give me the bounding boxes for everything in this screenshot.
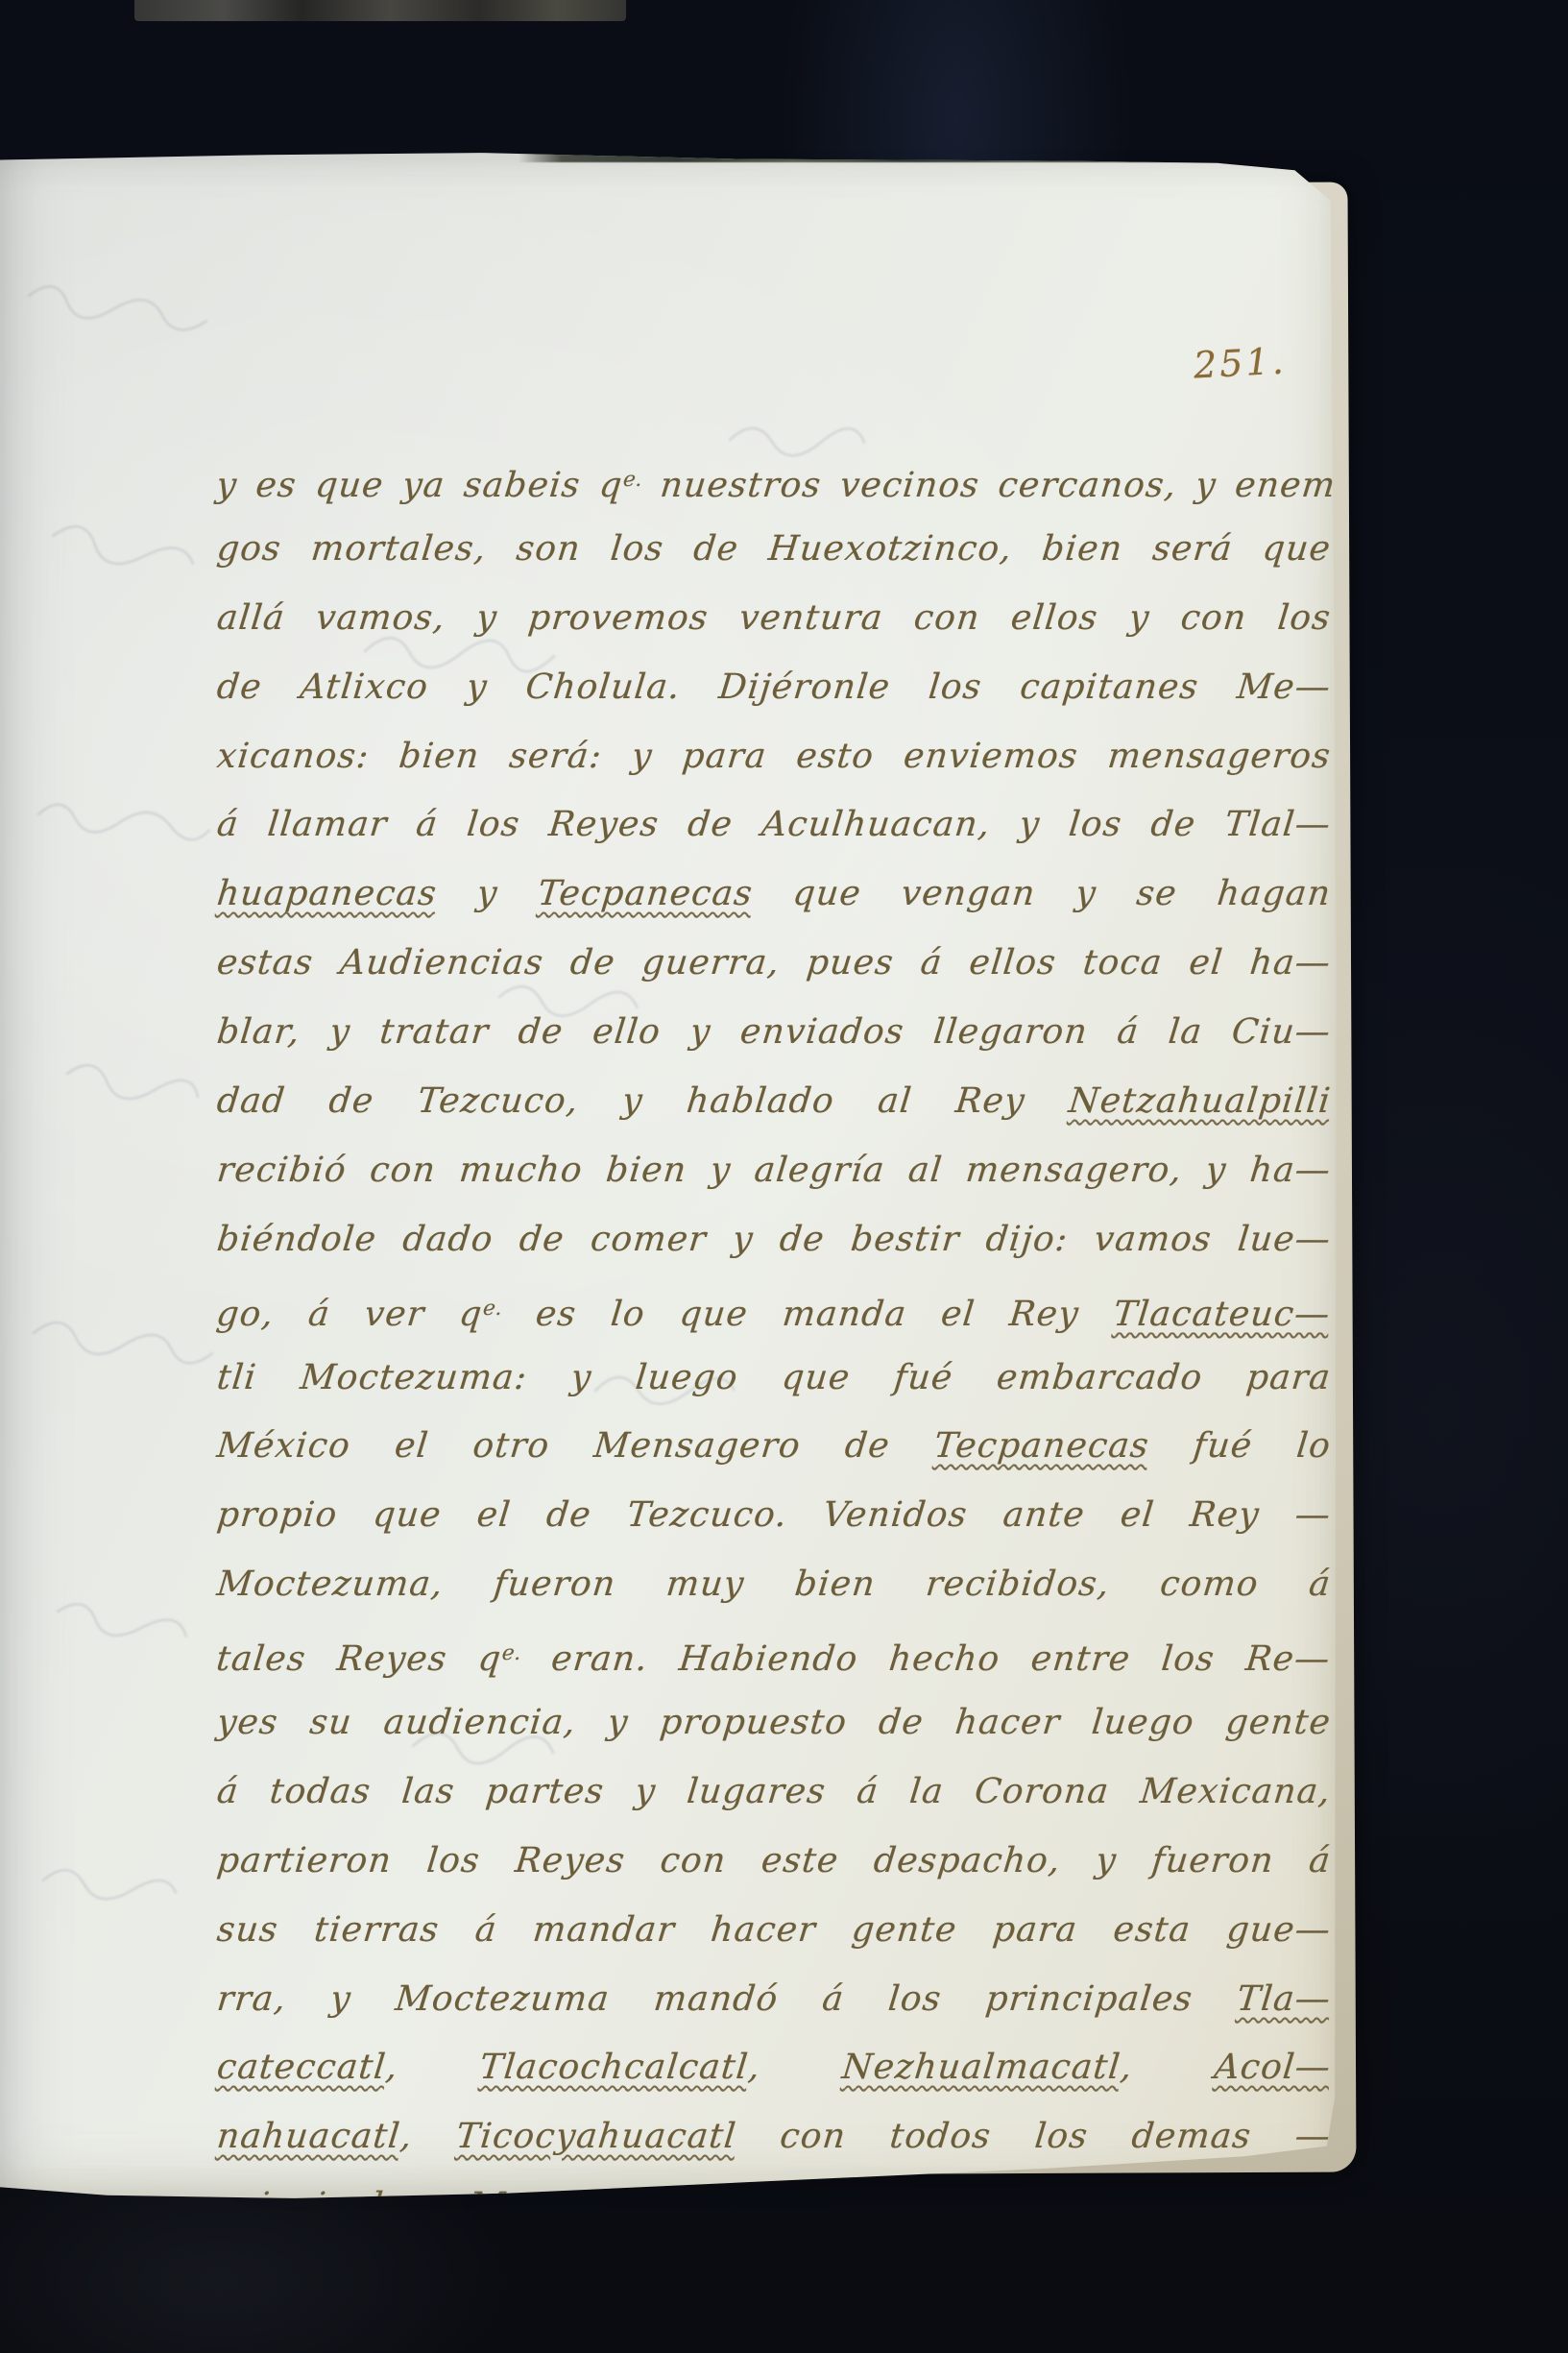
underlined-word: Tlacateuc— xyxy=(1112,1294,1333,1333)
underlined-word: nahuacatl xyxy=(215,2117,402,2156)
text-segment: gos mortales, son los de Huexotzinco, bi… xyxy=(215,529,1333,569)
manuscript-page: 251. y es que ya sabeis qe. nuestros vec… xyxy=(0,152,1338,2199)
underlined-word: Netzahualpilli xyxy=(1067,1081,1333,1121)
text-segment: estas Audiencias de guerra, pues á ellos… xyxy=(215,943,1333,982)
text-segment: México el otro Mensagero de xyxy=(215,1426,936,1466)
manuscript-line: biéndole dado de comer y de bestir dijo:… xyxy=(213,1205,1335,1274)
manuscript-line: principales Mexicanos Capitanes diesen l… xyxy=(213,2171,1335,2241)
manuscript-line: y es que ya sabeis qe. nuestros vecinos … xyxy=(213,446,1335,515)
text-segment: que vengan y se hagan xyxy=(751,874,1333,913)
text-segment: propio que el de Tezcuco. Venidos ante e… xyxy=(215,1495,1333,1535)
text-segment: e. xyxy=(622,468,643,492)
text-segment: de Atlixco y Cholula. Dijéronle los capi… xyxy=(215,667,1333,707)
manuscript-line: sus tierras á mandar hacer gente para es… xyxy=(213,1896,1335,1965)
text-segment: fué lo xyxy=(1147,1426,1334,1466)
text-segment: go, á ver q xyxy=(214,1294,484,1333)
text-segment: , xyxy=(746,2048,844,2087)
underlined-word: Acol— xyxy=(1213,2048,1334,2087)
text-segment: eran. Habiendo hecho entre los Re— xyxy=(519,1639,1333,1679)
text-segment: tli Moctezuma: y luego que fué embarcado… xyxy=(215,1358,1333,1397)
underlined-word: huapanecas xyxy=(215,874,439,913)
text-segment: sus tierras á mandar hacer gente para es… xyxy=(215,1910,1333,1950)
text-segment: , xyxy=(1119,2048,1217,2087)
underlined-word: Tlacochcalcatl xyxy=(478,2048,751,2087)
manuscript-line: Moctezuma, fueron muy bien recibidos, co… xyxy=(213,1550,1335,1619)
underlined-word: Ticocyahuacatl xyxy=(454,2117,738,2156)
manuscript-line: xicanos: bien será: y para esto enviemos… xyxy=(213,722,1335,791)
text-segment: partieron los Reyes con este despacho, y… xyxy=(215,1841,1333,1880)
text-segment: principales Mexicanos Capitanes diesen l… xyxy=(215,2186,1333,2225)
text-segment: , xyxy=(384,2048,482,2087)
text-segment: dad de Tezcuco, y hablado al Rey xyxy=(215,1081,1071,1121)
text-segment: biéndole dado de comer y de bestir dijo:… xyxy=(215,1220,1333,1259)
text-segment: recibió con mucho bien y alegría al mens… xyxy=(215,1151,1333,1190)
manuscript-line: cateccatl, Tlacochcalcatl, Nezhualmacatl… xyxy=(213,2033,1335,2102)
text-segment: allá vamos, y provemos ventura con ellos… xyxy=(215,598,1333,638)
underlined-word: cateccatl xyxy=(215,2048,388,2087)
manuscript-line: allá vamos, y provemos ventura con ellos… xyxy=(213,584,1335,653)
background-object xyxy=(134,0,626,21)
manuscript-line: tli Moctezuma: y luego que fué embarcado… xyxy=(213,1344,1335,1413)
underlined-word: Tecpanecas xyxy=(536,874,755,913)
underlined-word: Tecpanecas xyxy=(932,1426,1151,1466)
manuscript-line: recibió con mucho bien y alegría al mens… xyxy=(213,1136,1335,1205)
manuscript-line: rra, y Moctezuma mandó á los principales… xyxy=(213,1965,1335,2034)
manuscript-line: blar, y tratar de ello y enviados llegar… xyxy=(213,998,1335,1067)
manuscript-line: go, á ver qe. es lo que manda el Rey Tla… xyxy=(213,1274,1335,1344)
text-segment: á todas las partes y lugares á la Corona… xyxy=(215,1772,1333,1811)
text-segment: es lo que manda el Rey xyxy=(499,1294,1116,1333)
text-segment: nuestros vecinos cercanos, y enemi— xyxy=(639,466,1386,505)
manuscript-line: partieron los Reyes con este despacho, y… xyxy=(213,1827,1335,1896)
text-segment: blar, y tratar de ello y enviados llegar… xyxy=(215,1012,1333,1052)
manuscript-line: á todas las partes y lugares á la Corona… xyxy=(213,1758,1335,1827)
text-segment: , xyxy=(398,2117,459,2156)
text-segment: con todos los demas — xyxy=(735,2117,1334,2156)
manuscript-line: huapanecas y Tecpanecas que vengan y se … xyxy=(213,860,1335,929)
text-segment: á llamar á los Reyes de Aculhuacan, y lo… xyxy=(215,805,1333,844)
text-segment: yes su audiencia, y propuesto de hacer l… xyxy=(215,1703,1333,1742)
manuscript-line: gos mortales, son los de Huexotzinco, bi… xyxy=(213,515,1335,584)
text-segment: e. xyxy=(482,1297,503,1321)
text-segment: xicanos: bien será: y para esto enviemos… xyxy=(215,737,1333,776)
manuscript-line: á llamar á los Reyes de Aculhuacan, y lo… xyxy=(213,790,1335,860)
manuscript-line: México el otro Mensagero de Tecpanecas f… xyxy=(213,1412,1335,1481)
photograph-background: 251. y es que ya sabeis qe. nuestros vec… xyxy=(0,0,1568,2353)
manuscript-text: y es que ya sabeis qe. nuestros vecinos … xyxy=(217,446,1331,2241)
manuscript-line: tales Reyes qe. eran. Habiendo hecho ent… xyxy=(213,1619,1335,1688)
text-segment: rra, y Moctezuma mandó á los principales xyxy=(215,1979,1240,2019)
archive-stamp: ARCHIVO HISTORICO DEL I. N. A. H. xyxy=(444,2251,733,2292)
text-segment: Moctezuma, fueron muy bien recibidos, co… xyxy=(215,1565,1333,1604)
text-segment: tales Reyes q xyxy=(214,1639,503,1679)
underlined-word: Nezhualmacatl xyxy=(840,2048,1122,2087)
underlined-word: Tla— xyxy=(1235,1979,1333,2019)
text-segment: y es que ya sabeis q xyxy=(214,466,624,505)
text-segment: y xyxy=(435,874,541,913)
manuscript-line: estas Audiencias de guerra, pues á ellos… xyxy=(213,929,1335,998)
manuscript-line: de Atlixco y Cholula. Dijéronle los capi… xyxy=(213,653,1335,722)
manuscript-line: yes su audiencia, y propuesto de hacer l… xyxy=(213,1688,1335,1758)
folio-number: 251. xyxy=(1193,340,1288,387)
manuscript-line: propio que el de Tezcuco. Venidos ante e… xyxy=(213,1481,1335,1550)
manuscript-line: dad de Tezcuco, y hablado al Rey Netzahu… xyxy=(213,1067,1335,1136)
